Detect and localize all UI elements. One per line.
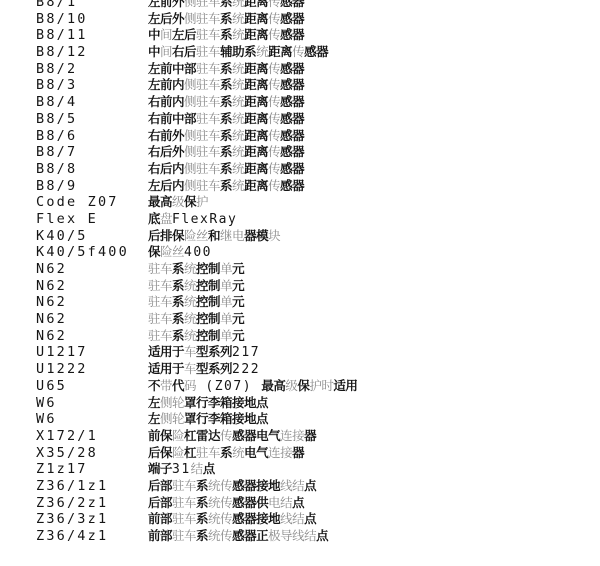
table-row: B8/5 右前中部驻车系统距离传感器 [36,111,596,128]
description-segment: 传 [268,27,280,42]
description-segment: 侧轮 [160,411,184,426]
description-segment: 保 [297,378,309,393]
component-description: 后部驻车系统传感器供电结点 [148,495,304,512]
description-segment: 系 [220,11,232,26]
description-segment: 级 [285,378,297,393]
description-segment: 系 [196,478,208,493]
description-segment: 险 [172,428,184,443]
description-segment: 结 [191,461,203,476]
description-segment: 距离 [268,44,292,59]
description-segment: 驻车 [172,495,196,510]
description-segment: 块 [268,228,280,243]
description-segment: 传 [268,161,280,176]
description-segment: 点 [292,495,304,510]
component-code: W6 [36,395,148,412]
component-code: U65 [36,378,148,395]
table-row: X35/28 后保险杠驻车系统电气连接器 [36,445,596,462]
description-segment: 继电 [220,228,244,243]
description-segment: 感器 [280,11,304,26]
table-row: B8/3 左前内侧驻车系统距离传感器 [36,77,596,94]
description-segment: 距离 [244,0,268,9]
table-row: K40/5f400 保险丝400 [36,244,596,261]
description-segment: 统 [232,94,244,109]
description-segment: 系 [220,161,232,176]
description-segment: 系 [220,144,232,159]
description-segment: 保 [148,244,160,259]
description-segment: 控制 [196,328,220,343]
description-segment: 最高 [148,194,172,209]
description-segment: 代 [172,378,184,393]
component-code: Code Z07 [36,194,148,211]
component-code: Z36/4z1 [36,528,148,545]
description-segment: 元 [232,278,244,293]
component-code: B8/6 [36,128,148,145]
component-code: Z36/2z1 [36,495,148,512]
description-segment: 护时 [309,378,333,393]
component-description: 右后外侧驻车系统距离传感器 [148,144,304,161]
component-code: N62 [36,311,148,328]
description-segment: 驻车 [196,111,220,126]
description-segment: 距离 [244,144,268,159]
description-segment: 间 [160,44,172,59]
description-segment: 极导线结 [268,528,316,543]
table-row: N62 驻车系统控制单元 [36,294,596,311]
description-segment: 杠雷达 [184,428,220,443]
description-segment: 后保 [148,445,172,460]
description-segment: 统 [232,144,244,159]
description-segment: 统传 [208,478,232,493]
component-description: 前部驻车系统传感器正极导线结点 [148,528,328,545]
description-segment: 统 [232,27,244,42]
description-segment: 感器 [280,161,304,176]
description-segment: 系 [220,128,232,143]
table-row: B8/8 右后内侧驻车系统距离传感器 [36,161,596,178]
description-segment: 单 [220,311,232,326]
description-segment: 右后外 [148,144,184,159]
table-row: W6 左侧轮罩行李箱接地点 [36,411,596,428]
description-segment: 驻车 [148,328,172,343]
component-description: 不带代码 (Z07) 最高级保护时适用 [148,378,357,396]
description-segment: 驻车 [172,511,196,526]
table-row: Z36/1z1 后部驻车系统传感器接地线结点 [36,478,596,495]
component-description: 左前外侧驻车系统距离传感器 [148,0,304,11]
description-segment: 统 [184,311,196,326]
description-segment: 感器 [280,0,304,9]
description-segment: 后排保 [148,228,184,243]
description-segment: 系 [220,27,232,42]
component-description: 左侧轮罩行李箱接地点 [148,411,268,428]
description-segment: 侧驻车 [184,77,220,92]
component-code: Z36/3z1 [36,511,148,528]
description-segment: 传 [268,94,280,109]
description-segment: 传 [268,128,280,143]
component-description: 适用于车型系列222 [148,361,260,379]
description-segment: 400 [184,245,212,260]
component-code: B8/8 [36,161,148,178]
description-segment: 险 [172,445,184,460]
table-row: B8/12 中间右后驻车辅助系统距离传感器 [36,44,596,61]
component-description: 驻车系统控制单元 [148,294,244,311]
description-segment: 右后内 [148,161,184,176]
description-segment: 感器 [280,27,304,42]
description-segment: 系 [196,495,208,510]
description-segment: 驻车 [148,311,172,326]
description-segment: 统 [184,278,196,293]
description-segment: 传 [292,44,304,59]
description-segment: 感器 [280,94,304,109]
table-row: N62 驻车系统控制单元 [36,328,596,345]
description-segment: 保 [184,194,196,209]
component-code: B8/11 [36,27,148,44]
table-row: Z1z17 端子31结点 [36,461,596,478]
table-row: Code Z07 最高级保护 [36,194,596,211]
component-code: B8/2 [36,61,148,78]
description-segment: 右前中部 [148,111,196,126]
component-code: U1217 [36,344,148,361]
description-segment: 护 [196,194,208,209]
component-description: 左后内侧驻车系统距离传感器 [148,178,304,195]
description-segment: 驻车 [196,27,220,42]
description-segment: 单 [220,278,232,293]
component-code: N62 [36,294,148,311]
component-description: 后保险杠驻车系统电气连接器 [148,445,304,462]
component-description: 适用于车型系列217 [148,344,260,362]
description-segment: 距离 [244,27,268,42]
description-segment: 距离 [244,61,268,76]
component-code: B8/3 [36,77,148,94]
description-segment: 距离 [244,111,268,126]
description-segment: 统 [184,261,196,276]
component-code: B8/4 [36,94,148,111]
description-segment: 左前中部 [148,61,196,76]
table-row: K40/5 后排保险丝和继电器模块 [36,228,596,245]
description-segment: 后部 [148,478,172,493]
component-description: 右前内侧驻车系统距离传感器 [148,94,304,111]
description-segment: 前部 [148,511,172,526]
description-segment: 连接 [268,445,292,460]
description-segment: 适用于 [148,361,184,376]
component-code: U1222 [36,361,148,378]
description-segment: 统传 [208,495,232,510]
table-row: B8/6 右前外侧驻车系统距离传感器 [36,128,596,145]
description-segment: 系 [172,261,184,276]
description-segment: 带 [160,378,172,393]
component-description: 驻车系统控制单元 [148,261,244,278]
component-code: B8/9 [36,178,148,195]
description-segment: 感器正 [232,528,268,543]
description-segment: 距离 [244,94,268,109]
description-segment: 系 [172,294,184,309]
description-segment: 电气 [244,445,268,460]
description-segment: 统 [232,111,244,126]
table-row: N62 驻车系统控制单元 [36,311,596,328]
component-description: 后排保险丝和继电器模块 [148,228,280,245]
description-segment: 统 [232,178,244,193]
description-segment: 控制 [196,311,220,326]
component-description: 后部驻车系统传感器接地线结点 [148,478,316,495]
description-segment: 统 [232,11,244,26]
component-description: 保险丝400 [148,244,212,262]
description-segment: 驻车 [196,61,220,76]
description-segment: 车 [184,344,196,359]
component-code: N62 [36,278,148,295]
description-segment: 连接 [280,428,304,443]
table-row: U1222 适用于车型系列222 [36,361,596,378]
component-code: B8/5 [36,111,148,128]
description-segment: 点 [316,528,328,543]
component-description: 右后内侧驻车系统距离传感器 [148,161,304,178]
description-segment: 前部 [148,528,172,543]
component-description: 最高级保护 [148,194,208,211]
description-segment: 型系列 [196,361,232,376]
description-segment: 222 [232,362,260,377]
description-segment: 险丝 [160,244,184,259]
description-segment: 感器 [280,128,304,143]
description-segment: 距离 [244,77,268,92]
description-segment: 系 [220,445,232,460]
description-segment: 传 [268,178,280,193]
description-segment: 系 [196,511,208,526]
table-row: U65 不带代码 (Z07) 最高级保护时适用 [36,378,596,395]
description-segment: 单 [220,261,232,276]
description-segment: 元 [232,311,244,326]
description-segment: 前保 [148,428,172,443]
description-segment: 控制 [196,294,220,309]
description-segment: 系 [220,77,232,92]
table-row: Z36/2z1 后部驻车系统传感器供电结点 [36,495,596,512]
description-segment: 左 [148,395,160,410]
description-segment: 器模 [244,228,268,243]
table-row: B8/2 左前中部驻车系统距离传感器 [36,61,596,78]
description-segment: 感器 [280,77,304,92]
description-segment: 系 [220,178,232,193]
description-segment: 左后外 [148,11,184,26]
description-segment: 最高 [261,378,285,393]
component-code: B8/1 [36,0,148,11]
description-segment: 中 [148,44,160,59]
description-segment: 元 [232,328,244,343]
description-segment: 距离 [244,161,268,176]
description-segment: 传 [268,61,280,76]
description-segment: 驻车 [148,278,172,293]
description-segment: 传 [268,77,280,92]
table-row: Z36/4z1 前部驻车系统传感器正极导线结点 [36,528,596,545]
component-description: 左前中部驻车系统距离传感器 [148,61,304,78]
description-segment: 电结 [268,495,292,510]
component-code: K40/5 [36,228,148,245]
component-description: 底盘FlexRay [148,211,237,229]
description-segment: 和 [208,228,220,243]
description-segment: 器 [292,445,304,460]
component-description: 中间左后驻车系统距离传感器 [148,27,304,44]
description-segment: 传 [268,11,280,26]
description-segment: 侧驻车 [184,161,220,176]
description-segment: 感器 [280,61,304,76]
description-segment: 侧驻车 [184,0,220,9]
description-segment: 系 [172,311,184,326]
description-segment: 码 [184,378,196,393]
table-row: B8/7 右后外侧驻车系统距离传感器 [36,144,596,161]
description-segment: 元 [232,294,244,309]
description-segment: 驻车 [148,261,172,276]
description-segment: 型系列 [196,344,232,359]
component-code: Z1z17 [36,461,148,478]
component-code: X172/1 [36,428,148,445]
description-segment: 传 [220,428,232,443]
description-segment: 感器接地 [232,511,280,526]
description-segment: 感器接地 [232,478,280,493]
component-code: N62 [36,328,148,345]
component-code: X35/28 [36,445,148,462]
component-description: 前部驻车系统传感器接地线结点 [148,511,316,528]
description-segment: 级 [172,194,184,209]
description-segment: 侧轮 [160,395,184,410]
component-description: 左前内侧驻车系统距离传感器 [148,77,304,94]
description-segment: 罩行李箱接地点 [184,411,268,426]
description-segment: 统 [184,294,196,309]
component-description: 左侧轮罩行李箱接地点 [148,395,268,412]
description-segment: 感器 [280,178,304,193]
description-segment: 右前内 [148,94,184,109]
component-description: 左后外侧驻车系统距离传感器 [148,11,304,28]
description-segment: FlexRay [172,212,237,227]
description-segment: 险丝 [184,228,208,243]
table-row: X172/1 前保险杠雷达传感器电气连接器 [36,428,596,445]
description-segment: 感器 [304,44,328,59]
description-segment: 系 [220,61,232,76]
description-segment: 不 [148,378,160,393]
component-code: Flex E [36,211,148,228]
description-segment: 侧驻车 [184,144,220,159]
description-segment: 侧驻车 [184,178,220,193]
description-segment: 适用于 [148,344,184,359]
description-segment: 系 [220,94,232,109]
description-segment: 感器供 [232,495,268,510]
description-segment: 217 [232,345,260,360]
description-segment: 统 [232,161,244,176]
description-segment: 侧驻车 [184,11,220,26]
table-row: U1217 适用于车型系列217 [36,344,596,361]
description-segment: 左前内 [148,77,184,92]
description-segment: 控制 [196,261,220,276]
description-segment: 线结 [280,478,304,493]
component-description: 右前中部驻车系统距离传感器 [148,111,304,128]
description-segment: 器 [304,428,316,443]
description-segment: 统 [232,0,244,9]
description-segment: 统 [256,44,268,59]
description-segment: 统 [232,77,244,92]
component-code: N62 [36,261,148,278]
description-segment: 单 [220,294,232,309]
description-segment: 右前外 [148,128,184,143]
description-segment: 左后内 [148,178,184,193]
description-segment: 系 [196,528,208,543]
description-segment: 后部 [148,495,172,510]
description-segment: 右后 [172,44,196,59]
description-segment: 驻车 [172,528,196,543]
component-code: Z36/1z1 [36,478,148,495]
description-segment: 点 [203,461,215,476]
description-segment: 距离 [244,11,268,26]
description-segment: 驻车 [196,445,220,460]
description-segment: 杠 [184,445,196,460]
description-segment: 线结 [280,511,304,526]
description-segment: 感器 [280,111,304,126]
table-row: B8/11 中间左后驻车系统距离传感器 [36,27,596,44]
table-row: Z36/3z1 前部驻车系统传感器接地线结点 [36,511,596,528]
description-segment: 系 [220,111,232,126]
description-segment: 驻车 [196,44,220,59]
description-segment: 端子 [148,461,172,476]
description-segment: 统 [232,61,244,76]
component-description: 中间右后驻车辅助系统距离传感器 [148,44,328,61]
description-segment: 传 [268,144,280,159]
description-segment: 距离 [244,128,268,143]
description-segment: 中 [148,27,160,42]
component-description: 前保险杠雷达传感器电气连接器 [148,428,316,445]
description-segment: 罩行李箱接地点 [184,395,268,410]
description-segment: 左后 [172,27,196,42]
description-segment: 感器 [280,144,304,159]
table-row: B8/1 左前外侧驻车系统距离传感器 [36,0,596,11]
description-segment: 元 [232,261,244,276]
description-segment: 左前外 [148,0,184,9]
table-row: Flex E 底盘FlexRay [36,211,596,228]
description-segment: 底 [148,211,160,226]
description-segment: 距离 [244,178,268,193]
description-segment: 盘 [160,211,172,226]
table-row: B8/9 左后内侧驻车系统距离传感器 [36,178,596,195]
description-segment: 单 [220,328,232,343]
description-segment: 传 [268,111,280,126]
description-segment: 传 [268,0,280,9]
description-segment: 控制 [196,278,220,293]
table-row: N62 驻车系统控制单元 [36,278,596,295]
component-description: 驻车系统控制单元 [148,328,244,345]
component-code: B8/10 [36,11,148,28]
description-segment: 感器电气 [232,428,280,443]
description-segment: 侧驻车 [184,128,220,143]
description-segment: 侧驻车 [184,94,220,109]
description-segment: 点 [304,478,316,493]
description-segment: 系 [172,278,184,293]
table-row: N62 驻车系统控制单元 [36,261,596,278]
description-segment: 驻车 [148,294,172,309]
description-segment: 统传 [208,528,232,543]
description-segment: 驻车 [172,478,196,493]
description-segment: 适用 [333,378,357,393]
description-segment: 统传 [208,511,232,526]
description-segment: 辅助系 [220,44,256,59]
description-segment: 系 [220,0,232,9]
component-description: 驻车系统控制单元 [148,311,244,328]
description-segment: 间 [160,27,172,42]
component-description: 驻车系统控制单元 [148,278,244,295]
description-segment: 统 [232,128,244,143]
description-segment: 统 [232,445,244,460]
table-row: W6 左侧轮罩行李箱接地点 [36,395,596,412]
description-segment: 统 [184,328,196,343]
description-segment: (Z07) [196,379,261,394]
component-code: B8/12 [36,44,148,61]
description-segment: 车 [184,361,196,376]
component-code: W6 [36,411,148,428]
component-code: K40/5f400 [36,244,148,261]
description-segment: 系 [172,328,184,343]
table-row: B8/10 左后外侧驻车系统距离传感器 [36,11,596,28]
component-description: 右前外侧驻车系统距离传感器 [148,128,304,145]
component-description: 端子31结点 [148,461,215,479]
